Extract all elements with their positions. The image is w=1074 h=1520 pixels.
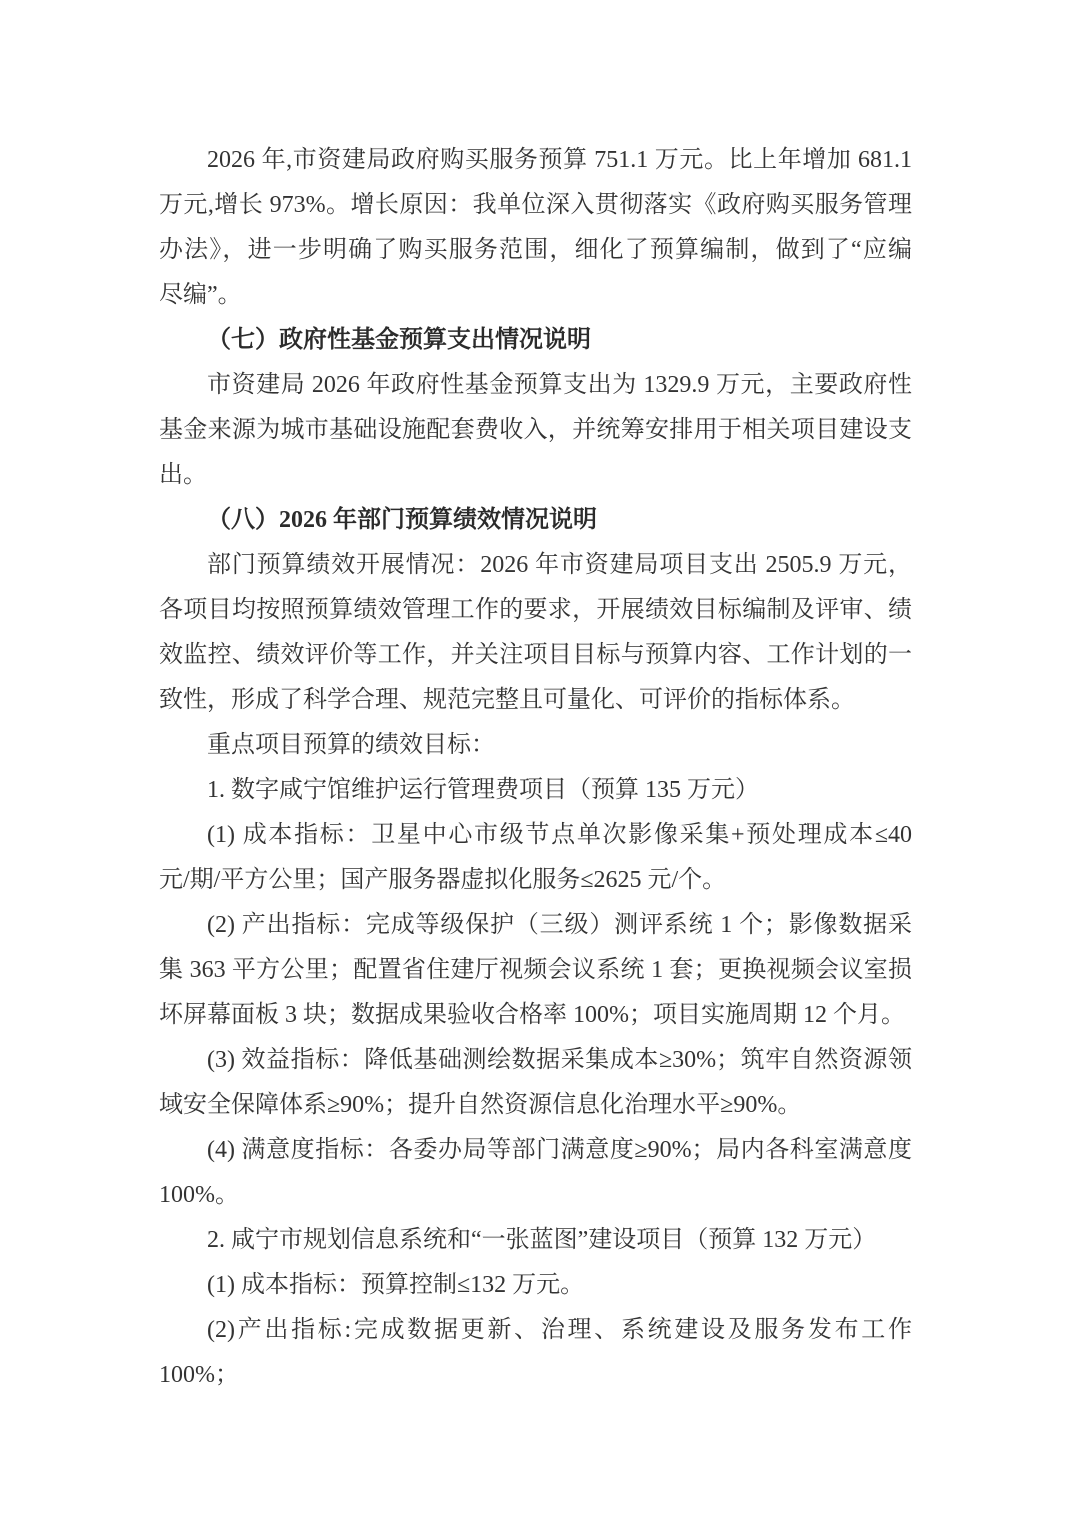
- text-line: (1) 成本指标：预算控制≤132 万元。: [159, 1263, 912, 1308]
- text-line: (1) 成本指标：卫星中心市级节点单次影像采集+预处理成本≤40: [159, 813, 912, 858]
- paragraph: (3) 效益指标：降低基础测绘数据采集成本≥30%；筑牢自然资源领域安全保障体系…: [159, 1038, 912, 1128]
- paragraph: 重点项目预算的绩效目标：: [159, 723, 912, 768]
- text-line: (3) 效益指标：降低基础测绘数据采集成本≥30%；筑牢自然资源领: [159, 1038, 912, 1083]
- paragraph: 市资建局 2026 年政府性基金预算支出为 1329.9 万元，主要政府性基金来…: [159, 363, 912, 498]
- document-page: 2026 年,市资建局政府购买服务预算 751.1 万元。比上年增加 681.1…: [0, 0, 1074, 1520]
- text-line: 致性，形成了科学合理、规范完整且可量化、可评价的指标体系。: [159, 678, 912, 723]
- text-line: 元/期/平方公里；国产服务器虚拟化服务≤2625 元/个。: [159, 858, 912, 903]
- paragraph: 1. 数字咸宁馆维护运行管理费项目（预算 135 万元）: [159, 768, 912, 813]
- text-line: 坏屏幕面板 3 块；数据成果验收合格率 100%；项目实施周期 12 个月。: [159, 993, 912, 1038]
- document-body: 2026 年,市资建局政府购买服务预算 751.1 万元。比上年增加 681.1…: [159, 138, 912, 1398]
- text-line: 部门预算绩效开展情况：2026 年市资建局项目支出 2505.9 万元，: [159, 543, 912, 588]
- paragraph: (1) 成本指标：预算控制≤132 万元。: [159, 1263, 912, 1308]
- heading-line: （七）政府性基金预算支出情况说明: [159, 318, 912, 363]
- section-heading: （八）2026 年部门预算绩效情况说明: [159, 498, 912, 543]
- text-line: 市资建局 2026 年政府性基金预算支出为 1329.9 万元，主要政府性: [159, 363, 912, 408]
- text-line: 集 363 平方公里；配置省住建厅视频会议系统 1 套；更换视频会议室损: [159, 948, 912, 993]
- paragraph: 部门预算绩效开展情况：2026 年市资建局项目支出 2505.9 万元，各项目均…: [159, 543, 912, 723]
- text-line: (2) 产出指标：完成等级保护（三级）测评系统 1 个；影像数据采: [159, 903, 912, 948]
- text-line: 出。: [159, 453, 912, 498]
- text-line: 2. 咸宁市规划信息系统和“一张蓝图”建设项目（预算 132 万元）: [159, 1218, 912, 1263]
- text-line: 1. 数字咸宁馆维护运行管理费项目（预算 135 万元）: [159, 768, 912, 813]
- text-line: 办法》，进一步明确了购买服务范围，细化了预算编制，做到了“应编: [159, 228, 912, 273]
- text-line: 万元,增长 973%。增长原因：我单位深入贯彻落实《政府购买服务管理: [159, 183, 912, 228]
- text-line: (4) 满意度指标：各委办局等部门满意度≥90%；局内各科室满意度: [159, 1128, 912, 1173]
- text-line: 尽编”。: [159, 273, 912, 318]
- text-line: 重点项目预算的绩效目标：: [159, 723, 912, 768]
- paragraph: (2) 产出指标：完成等级保护（三级）测评系统 1 个；影像数据采集 363 平…: [159, 903, 912, 1038]
- text-line: 基金来源为城市基础设施配套费收入，并统筹安排用于相关项目建设支: [159, 408, 912, 453]
- paragraph: (1) 成本指标：卫星中心市级节点单次影像采集+预处理成本≤40元/期/平方公里…: [159, 813, 912, 903]
- text-line: 100%。: [159, 1173, 912, 1218]
- heading-line: （八）2026 年部门预算绩效情况说明: [159, 498, 912, 543]
- text-line: 域安全保障体系≥90%；提升自然资源信息化治理水平≥90%。: [159, 1083, 912, 1128]
- section-heading: （七）政府性基金预算支出情况说明: [159, 318, 912, 363]
- text-line: 效监控、绩效评价等工作，并关注项目目标与预算内容、工作计划的一: [159, 633, 912, 678]
- paragraph: (4) 满意度指标：各委办局等部门满意度≥90%；局内各科室满意度100%。: [159, 1128, 912, 1218]
- paragraph: 2026 年,市资建局政府购买服务预算 751.1 万元。比上年增加 681.1…: [159, 138, 912, 318]
- paragraph: (2)产出指标:完成数据更新、治理、系统建设及服务发布工作 100%；: [159, 1308, 912, 1398]
- text-line: 各项目均按照预算绩效管理工作的要求，开展绩效目标编制及评审、绩: [159, 588, 912, 633]
- text-line: 2026 年,市资建局政府购买服务预算 751.1 万元。比上年增加 681.1: [159, 138, 912, 183]
- text-line: (2)产出指标:完成数据更新、治理、系统建设及服务发布工作 100%；: [159, 1308, 912, 1398]
- paragraph: 2. 咸宁市规划信息系统和“一张蓝图”建设项目（预算 132 万元）: [159, 1218, 912, 1263]
